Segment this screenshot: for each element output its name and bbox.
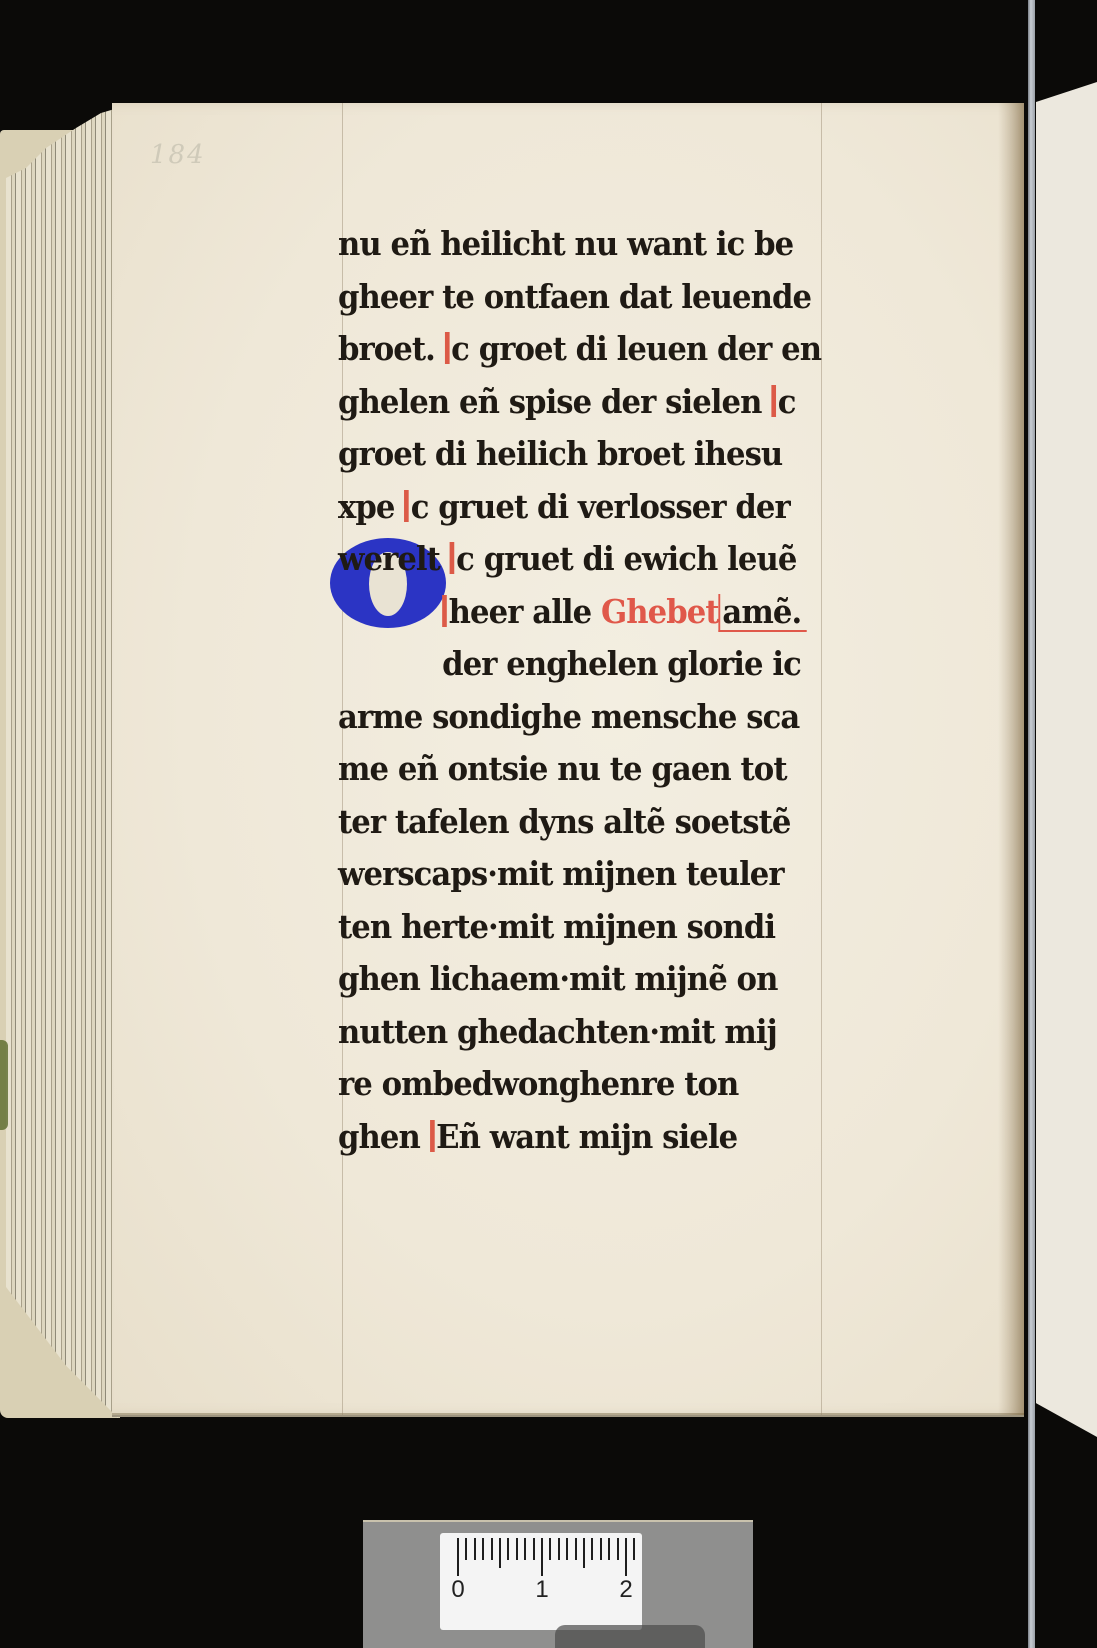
text-block: nu eñ heilicht nu want ic be gheer te on… <box>338 218 838 1163</box>
ruler-tick <box>566 1538 568 1560</box>
text-line-10: arme sondighe mensche sca <box>338 691 803 744</box>
red-capital-stroke <box>450 542 455 574</box>
ruler-tick <box>541 1538 543 1576</box>
text-line-6: xpe c gruet di verlosser der <box>338 481 803 534</box>
red-capital-stroke <box>404 490 409 522</box>
page-stack-edges <box>6 108 118 1418</box>
text-span: c groet di leuen der en <box>451 329 821 368</box>
ruler-tick <box>608 1538 610 1560</box>
text-line-16: nutten ghedachten·mit mij <box>338 1006 803 1059</box>
text-line-18: ghen Eñ want mijn siele <box>338 1111 803 1164</box>
folio-number: 184 <box>150 140 206 170</box>
red-capital-stroke <box>771 385 776 417</box>
red-capital-stroke <box>445 332 450 364</box>
gutter-shadow <box>998 103 1024 1415</box>
glass-weight-rod <box>1028 0 1035 1648</box>
text-span: werelt <box>338 539 440 578</box>
ruler-tick <box>591 1538 593 1560</box>
text-line-1: nu eñ heilicht nu want ic be <box>338 218 803 271</box>
rubric-ghebet: Ghebet <box>601 592 719 631</box>
ruler-tick <box>465 1538 467 1560</box>
red-bracket-amen: amẽ. <box>719 594 807 632</box>
ruler-tick <box>507 1538 509 1560</box>
ruler-tick <box>524 1538 526 1560</box>
text-span: c gruet di ewich leuẽ <box>456 539 796 578</box>
ruler-tick <box>633 1538 635 1560</box>
red-capital-stroke <box>430 1120 435 1152</box>
text-span: broet. <box>338 329 435 368</box>
text-line-4: ghelen eñ spise der sielen c <box>338 376 803 429</box>
text-span: ghelen eñ spise der sielen <box>338 382 762 421</box>
ruler-tick <box>625 1538 627 1576</box>
ruler-tick <box>558 1538 560 1560</box>
ruler-label-2: 2 <box>616 1576 636 1604</box>
ruler-tick <box>516 1538 518 1560</box>
text-line-8: heer alle Ghebetamẽ. <box>338 586 803 639</box>
ruler-tick <box>617 1538 619 1560</box>
ruler-label-1: 1 <box>532 1576 552 1604</box>
ruler-label-0: 0 <box>448 1576 468 1604</box>
text-line-14: ten herte·mit mijnen sondi <box>338 901 803 954</box>
text-span: ghen <box>338 1117 420 1156</box>
ruler-tick <box>499 1538 501 1568</box>
text-line-5: groet di heilich broet ihesu <box>338 428 803 481</box>
text-line-7: werelt c gruet di ewich leuẽ <box>338 533 803 586</box>
ruler-tick <box>549 1538 551 1560</box>
ruler-tick <box>474 1538 476 1560</box>
text-line-11: me eñ ontsie nu te gaen tot <box>338 743 803 796</box>
text-line-2: gheer te ontfaen dat leuende <box>338 271 803 324</box>
text-line-12: ter tafelen dyns altẽ soetstẽ <box>338 796 803 849</box>
text-line-15: ghen lichaem·mit mijnẽ on <box>338 953 803 1006</box>
text-span: xpe <box>338 487 394 526</box>
ruler-tick <box>575 1538 577 1560</box>
text-span: c <box>778 382 796 421</box>
red-capital-stroke <box>442 595 447 627</box>
text-line-17: re ombedwonghenre ton <box>338 1058 803 1111</box>
ruler-tick <box>457 1538 459 1576</box>
green-stain <box>0 1040 8 1130</box>
label-shadow <box>555 1625 705 1648</box>
ruler-tick <box>583 1538 585 1568</box>
text-line-9: der enghelen glorie ic <box>338 638 803 691</box>
ruler-tick <box>491 1538 493 1560</box>
text-span: Eñ want mijn siele <box>436 1117 737 1156</box>
text-span: c gruet di verlosser der <box>411 487 790 526</box>
ruler-tick <box>482 1538 484 1560</box>
text-line-3: broet. c groet di leuen der en <box>338 323 803 376</box>
facing-page-edge <box>1036 82 1097 1437</box>
ruler-tick <box>600 1538 602 1560</box>
text-span: heer alle <box>449 592 592 631</box>
text-line-13: werscaps·mit mijnen teuler <box>338 848 803 901</box>
ruler-tick <box>533 1538 535 1560</box>
